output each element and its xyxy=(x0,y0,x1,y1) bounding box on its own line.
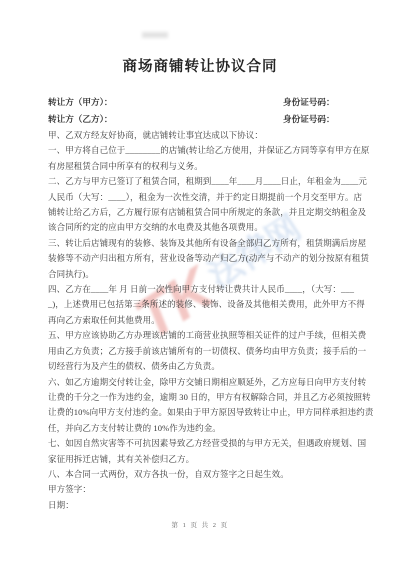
contract-line: 再向乙方索取任何其他费用。 xyxy=(48,313,358,328)
contract-line: 合同执行)。 xyxy=(48,267,358,282)
contract-line: 让费的千分之一作为违约金，逾期 30 日的，甲方有权解除合同，并且乙方必须按照转 xyxy=(48,390,358,405)
party-a-id-label: 身份证号码： xyxy=(283,94,335,111)
page-number: 第 1 页 共 2 页 xyxy=(0,520,400,529)
contract-line: 三、转让后店铺现有的装修、装饰及其他所有设备全部归乙方所有，租赁期满后房屋 xyxy=(48,236,358,251)
party-row-a: 转让方（甲方）： 身份证号码： xyxy=(48,94,355,111)
contract-line: 七、如因自然灾害等不可抗因素导致乙方经营受损的与甲方无关，但遇政府规划、国 xyxy=(48,436,358,451)
contract-line: 切经营行为及产生的债权、债务由乙方负责。 xyxy=(48,359,358,374)
party-row-b: 转让方（乙方）： 身份证号码： xyxy=(48,111,355,128)
party-b-id-label: 身份证号码： xyxy=(283,111,335,128)
document-title: 商场商铺转让协议合同 xyxy=(0,55,400,76)
contract-body: 甲、乙双方经友好协商，就店铺转让事宜达成以下协议：一、甲方将自己位于______… xyxy=(48,128,358,513)
contract-line: 五、甲方应该协助乙方办理该店铺的工商营业执照等相关证件的过户手续，但相关费 xyxy=(48,328,358,343)
contract-line: 二、乙方与甲方已签订了租赁合同，租期到____年____月____日止，年租金为… xyxy=(48,174,358,189)
contract-line: 人民币（大写：____），租金为一次性交清，并于约定日期提前一个月交至甲方。店 xyxy=(48,190,358,205)
contract-line: _)，上述费用已包括第三条所述的装修、装饰、设备及其他相关费用，此外甲方不得 xyxy=(48,297,358,312)
contract-line: 甲方签字： xyxy=(48,482,358,497)
contract-line: 家征用拆迁店铺，其有关补偿归乙方。 xyxy=(48,452,358,467)
contract-line: 任，并向乙方支付转让费的 10%作为违约金。 xyxy=(48,421,358,436)
scan-artifact xyxy=(142,32,168,38)
contract-line: 该合同所约定的应由甲方交纳的水电费及其他各项费用。 xyxy=(48,220,358,235)
contract-line: 日期： xyxy=(48,498,358,513)
party-a-label: 转让方（甲方）： xyxy=(48,97,112,107)
contract-line: 铺转让给乙方后，乙方履行原有店铺租赁合同中所规定的条款，并且定期交纳租金及 xyxy=(48,205,358,220)
contract-line: 一、甲方将自己位于________的店铺(转让给乙方使用，并保证乙方同等享有甲方… xyxy=(48,143,358,158)
contract-line: 装修等不动产归出租方所有，营业设备等动产归乙方(动产与不动产的划分按原有租赁 xyxy=(48,251,358,266)
contract-line: 八、本合同一式两份，双方各执一份，自双方签字之日起生效。 xyxy=(48,467,358,482)
contract-line: 四、乙方在____年 月 日前一次性向甲方支付转让费共计人民币____，（大写：… xyxy=(48,282,358,297)
contract-line: 六、如乙方逾期交付转让金，除甲方交铺日期相应顺延外，乙方应每日向甲方支付转 xyxy=(48,375,358,390)
contract-line: 让费的10%向甲方支付违约金。如果由于甲方原因导致转让中止，甲方同样承担违约责 xyxy=(48,405,358,420)
contract-line: 用由乙方负责；乙方接手前该店铺所有的一切债权、债务均由甲方负责；接手后的一 xyxy=(48,344,358,359)
contract-line: 甲、乙双方经友好协商，就店铺转让事宜达成以下协议： xyxy=(48,128,358,143)
contract-page: TK 法律网 商场商铺转让协议合同 转让方（甲方）： 身份证号码： 转让方（乙方… xyxy=(0,0,400,565)
party-b-label: 转让方（乙方）： xyxy=(48,114,112,124)
parties-section: 转让方（甲方）： 身份证号码： 转让方（乙方）： 身份证号码： xyxy=(48,94,355,128)
contract-line: 有房屋租赁合同中所享有的权利与义务。 xyxy=(48,159,358,174)
